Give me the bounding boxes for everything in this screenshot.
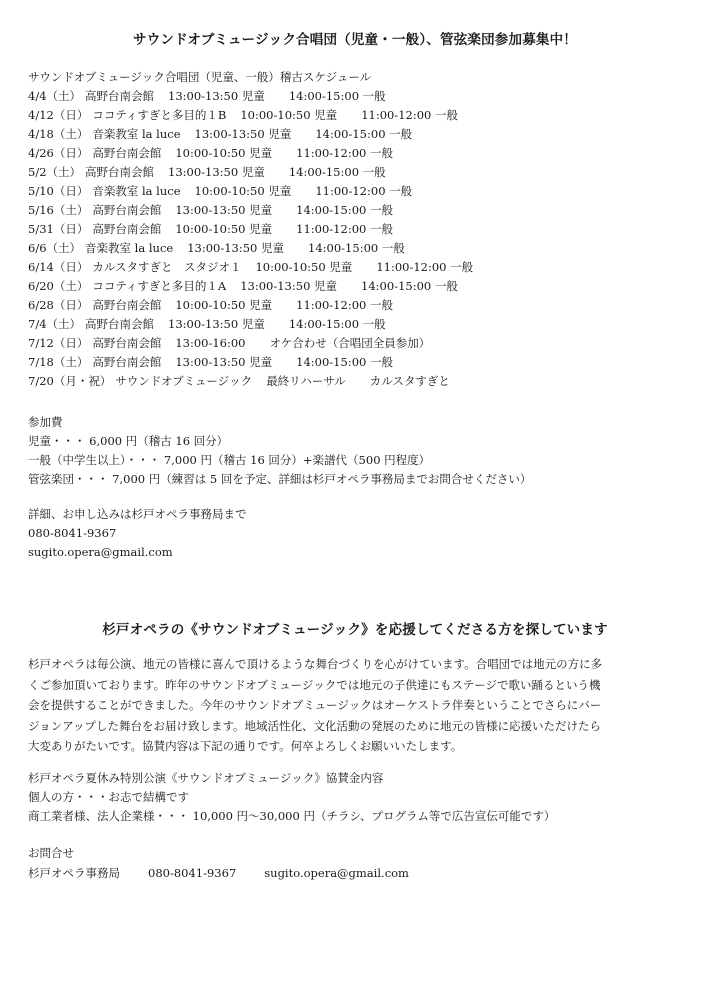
recruitment-title: サウンドオブミュージック合唱団（児童・一般）、管弦楽団参加募集中！ xyxy=(0,28,710,48)
inquiry-line: 杉戸オペラ事務局080-8041-9367sugito.opera@gmail.… xyxy=(28,863,409,883)
schedule-slot-2: 11:00-12:00 一般 xyxy=(296,146,393,160)
schedule-venue: 音楽教室 la luce xyxy=(92,127,180,141)
schedule-row: 5/16（土）高野台南会館13:00-13:50 児童14:00-15:00 一… xyxy=(28,201,473,220)
schedule-row: 6/6（土）音楽教室 la luce13:00-13:50 児童14:00-15… xyxy=(28,239,473,258)
schedule-date: 4/12（日） xyxy=(28,108,88,122)
paragraph-line: 会を提供することができました。今年のサウンドオブミュージックはオーケストラ伴奏と… xyxy=(28,695,688,716)
paragraph-line: ジョンアップした舞台をお届け致します。地域活性化、文化活動の発展のために地元の皆… xyxy=(28,716,688,737)
schedule-row: 4/18（土）音楽教室 la luce13:00-13:50 児童14:00-1… xyxy=(28,125,473,144)
schedule-row: 4/4（土）高野台南会館13:00-13:50 児童14:00-15:00 一般 xyxy=(28,87,473,106)
schedule-venue: 高野台南会館 xyxy=(92,355,161,369)
schedule-slot-1: 13:00-13:50 児童 xyxy=(195,127,292,141)
schedule-slot-1: 13:00-13:50 児童 xyxy=(175,203,272,217)
sponsorship-heading: 杉戸オペラ夏休み特別公演《サウンドオブミュージック》協賛金内容 xyxy=(28,769,555,788)
schedule-date: 7/20（月・祝） xyxy=(28,374,111,388)
schedule-slot-2: 14:00-15:00 一般 xyxy=(296,355,393,369)
schedule-venue: 音楽教室 la luce xyxy=(85,241,173,255)
application-contact: 詳細、お申し込みは杉戸オペラ事務局まで 080-8041-9367 sugito… xyxy=(28,505,247,562)
schedule-slot-2: 14:00-15:00 一般 xyxy=(289,89,386,103)
schedule-date: 4/4（土） xyxy=(28,89,81,103)
schedule-slot-2: 14:00-15:00 一般 xyxy=(361,279,458,293)
schedule-venue: カルスタすぎと スタジオ１ xyxy=(92,260,241,274)
schedule-row: 4/12（日）ココティすぎと多目的１B10:00-10:50 児童11:00-1… xyxy=(28,106,473,125)
schedule-slot-2: 14:00-15:00 一般 xyxy=(315,127,412,141)
schedule-slot-2: 14:00-15:00 一般 xyxy=(308,241,405,255)
contact-email: sugito.opera@gmail.com xyxy=(28,543,247,562)
schedule-slot-2: 11:00-12:00 一般 xyxy=(361,108,458,122)
sponsorship-details: 杉戸オペラ夏休み特別公演《サウンドオブミュージック》協賛金内容 個人の方・・・お… xyxy=(28,769,555,826)
paragraph-line: くご参加頂いております。昨年のサウンドオブミュージックでは地元の子供達にもステー… xyxy=(28,675,688,696)
schedule-slot-2: 14:00-15:00 一般 xyxy=(289,317,386,331)
schedule-slot-2: 14:00-15:00 一般 xyxy=(296,203,393,217)
schedule-slot-1: 最終リハーサル xyxy=(266,374,346,388)
schedule-venue: 高野台南会館 xyxy=(85,89,154,103)
schedule-slot-1: 10:00-10:50 児童 xyxy=(240,108,337,122)
schedule-row: 7/18（土）高野台南会館13:00-13:50 児童14:00-15:00 一… xyxy=(28,353,473,372)
schedule-slot-1: 13:00-13:50 児童 xyxy=(175,355,272,369)
schedule-slot-1: 13:00-13:50 児童 xyxy=(168,317,265,331)
sponsor-title: 杉戸オペラの《サウンドオブミュージック》を応援してくださる方を探しています xyxy=(0,618,710,638)
schedule-row: 7/20（月・祝）サウンドオブミュージック最終リハーサルカルスタすぎと xyxy=(28,372,473,391)
schedule-date: 5/10（日） xyxy=(28,184,88,198)
schedule-venue: 高野台南会館 xyxy=(92,298,161,312)
schedule-row: 6/14（日）カルスタすぎと スタジオ１10:00-10:50 児童11:00-… xyxy=(28,258,473,277)
schedule-heading: サウンドオブミュージック合唱団（児童、一般）稽古スケジュール xyxy=(28,68,473,87)
schedule-venue: 高野台南会館 xyxy=(92,146,161,160)
contact-phone: 080-8041-9367 xyxy=(28,524,247,543)
office-phone: 080-8041-9367 xyxy=(148,866,236,880)
schedule-date: 5/31（日） xyxy=(28,222,88,236)
paragraph-line: 杉戸オペラは毎公演、地元の皆様に喜んで頂けるような舞台づくりを心がけています。合… xyxy=(28,654,688,675)
schedule-row: 7/12（日）高野台南会館13:00-16:00オケ合わせ（合唱団全員参加） xyxy=(28,334,473,353)
schedule-slot-2: 11:00-12:00 一般 xyxy=(315,184,412,198)
schedule-date: 5/16（土） xyxy=(28,203,88,217)
schedule-date: 6/20（土） xyxy=(28,279,88,293)
sponsor-paragraph: 杉戸オペラは毎公演、地元の皆様に喜んで頂けるような舞台づくりを心がけています。合… xyxy=(28,654,688,757)
schedule-slot-2: 14:00-15:00 一般 xyxy=(289,165,386,179)
schedule-slot-1: 10:00-10:50 児童 xyxy=(175,222,272,236)
paragraph-line: 大変ありがたいです。協賛内容は下記の通りです。何卒よろしくお願いいたします。 xyxy=(28,736,688,757)
schedule-venue: 高野台南会館 xyxy=(85,165,154,179)
schedule-venue: 高野台南会館 xyxy=(92,203,161,217)
schedule-slot-1: 13:00-16:00 xyxy=(175,336,245,350)
inquiry-heading: お問合せ xyxy=(28,843,409,863)
flyer-page: サウンドオブミュージック合唱団（児童・一般）、管弦楽団参加募集中！ サウンドオブ… xyxy=(0,0,710,1000)
schedule-date: 6/28（日） xyxy=(28,298,88,312)
schedule-slot-1: 10:00-10:50 児童 xyxy=(195,184,292,198)
schedule-date: 4/26（日） xyxy=(28,146,88,160)
schedule-row: 5/10（日）音楽教室 la luce10:00-10:50 児童11:00-1… xyxy=(28,182,473,201)
schedule-slot-2: カルスタすぎと xyxy=(370,374,450,388)
schedule-slot-1: 13:00-13:50 児童 xyxy=(187,241,284,255)
schedule-date: 4/18（土） xyxy=(28,127,88,141)
sponsorship-individual: 個人の方・・・お志で結構です xyxy=(28,788,555,807)
schedule-row: 5/31（日）高野台南会館10:00-10:50 児童11:00-12:00 一… xyxy=(28,220,473,239)
schedule-slot-1: 10:00-10:50 児童 xyxy=(175,298,272,312)
sponsorship-business: 商工業者様、法人企業様・・・ 10,000 円～30,000 円（チラシ、プログ… xyxy=(28,807,555,826)
schedule-venue: 高野台南会館 xyxy=(92,336,161,350)
schedule-row: 5/2（土）高野台南会館13:00-13:50 児童14:00-15:00 一般 xyxy=(28,163,473,182)
schedule-slot-2: オケ合わせ（合唱団全員参加） xyxy=(270,336,431,350)
schedule-date: 6/6（土） xyxy=(28,241,81,255)
schedule-slot-1: 13:00-13:50 児童 xyxy=(168,165,265,179)
schedule-date: 7/18（土） xyxy=(28,355,88,369)
schedule-date: 7/4（土） xyxy=(28,317,81,331)
schedule-date: 6/14（日） xyxy=(28,260,88,274)
office-email: sugito.opera@gmail.com xyxy=(264,866,409,880)
schedule-row: 6/20（土）ココティすぎと多目的１A13:00-13:50 児童14:00-1… xyxy=(28,277,473,296)
inquiry-contact: お問合せ 杉戸オペラ事務局080-8041-9367sugito.opera@g… xyxy=(28,843,409,883)
office-name: 杉戸オペラ事務局 xyxy=(28,866,120,880)
application-note: 詳細、お申し込みは杉戸オペラ事務局まで xyxy=(28,505,247,524)
fee-children: 児童・・・ 6,000 円（稽古 16 回分） xyxy=(28,432,531,451)
schedule-date: 7/12（日） xyxy=(28,336,88,350)
fee-orchestra: 管弦楽団・・・ 7,000 円（練習は 5 回を予定、詳細は杉戸オペラ事務局まで… xyxy=(28,470,531,489)
fees-section: 参加費 児童・・・ 6,000 円（稽古 16 回分） 一般（中学生以上）・・・… xyxy=(28,413,531,489)
schedule-row: 4/26（日）高野台南会館10:00-10:50 児童11:00-12:00 一… xyxy=(28,144,473,163)
schedule-venue: ココティすぎと多目的１B xyxy=(92,108,226,122)
schedule-venue: 高野台南会館 xyxy=(92,222,161,236)
schedule-slot-1: 10:00-10:50 児童 xyxy=(175,146,272,160)
schedule-row: 6/28（日）高野台南会館10:00-10:50 児童11:00-12:00 一… xyxy=(28,296,473,315)
schedule-row: 7/4（土）高野台南会館13:00-13:50 児童14:00-15:00 一般 xyxy=(28,315,473,334)
schedule-slot-1: 13:00-13:50 児童 xyxy=(168,89,265,103)
schedule-slot-1: 10:00-10:50 児童 xyxy=(255,260,352,274)
schedule-venue: サウンドオブミュージック xyxy=(115,374,252,388)
schedule-slot-2: 11:00-12:00 一般 xyxy=(376,260,473,274)
schedule-venue: 音楽教室 la luce xyxy=(92,184,180,198)
schedule-slot-2: 11:00-12:00 一般 xyxy=(296,222,393,236)
schedule-slot-2: 11:00-12:00 一般 xyxy=(296,298,393,312)
fees-heading: 参加費 xyxy=(28,413,531,432)
schedule-venue: 高野台南会館 xyxy=(85,317,154,331)
schedule-slot-1: 13:00-13:50 児童 xyxy=(240,279,337,293)
rehearsal-schedule: サウンドオブミュージック合唱団（児童、一般）稽古スケジュール 4/4（土）高野台… xyxy=(28,68,473,391)
fee-general: 一般（中学生以上）・・・ 7,000 円（稽古 16 回分）+楽譜代（500 円… xyxy=(28,451,531,470)
schedule-date: 5/2（土） xyxy=(28,165,81,179)
schedule-venue: ココティすぎと多目的１A xyxy=(92,279,226,293)
